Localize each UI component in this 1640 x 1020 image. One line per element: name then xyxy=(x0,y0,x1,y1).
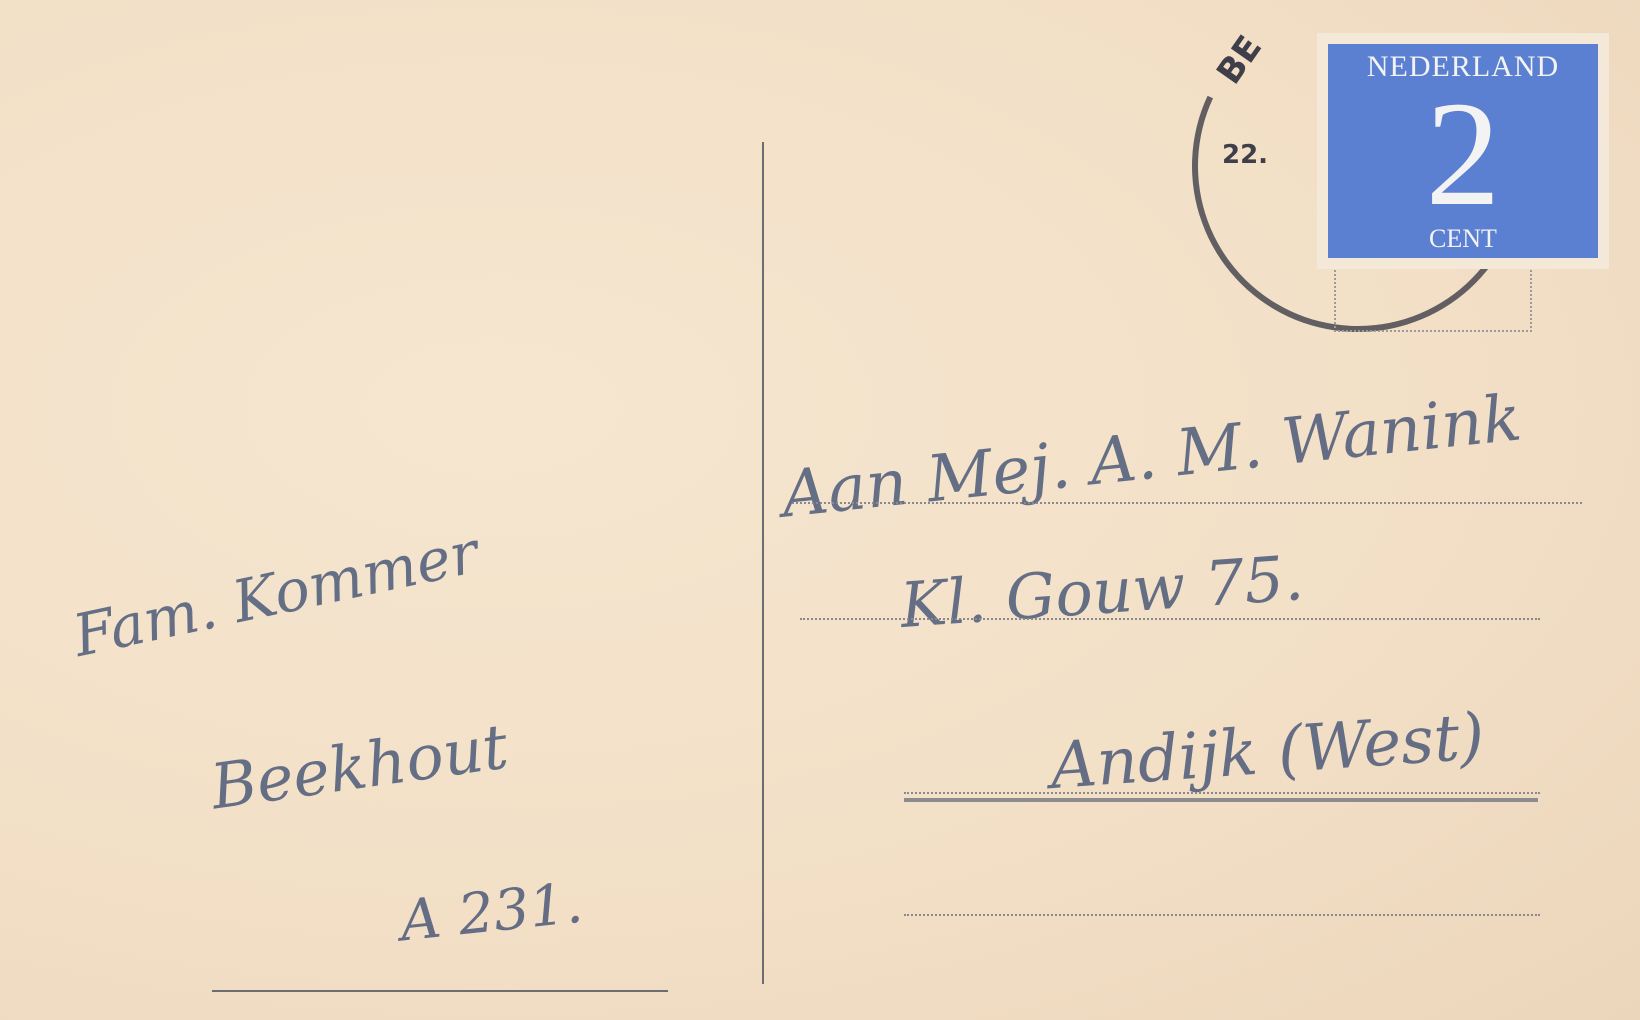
recipient-town: Andijk (West) xyxy=(1048,700,1487,804)
recipient-name: Aan Mej. A. M. Wanink xyxy=(778,381,1525,532)
stamp-placement-box xyxy=(1334,270,1532,332)
address-line-1 xyxy=(792,502,1582,504)
center-divider xyxy=(762,142,764,984)
postage-stamp: NEDERLAND 2 CENT xyxy=(1320,36,1606,266)
sender-underline xyxy=(212,990,668,992)
stamp-value: 2 xyxy=(1328,84,1598,224)
address-line-4 xyxy=(904,914,1540,916)
town-underline xyxy=(904,798,1538,802)
postcard-back: BE 22. NEDERLAND 2 CENT Fam. Kommer Beek… xyxy=(0,0,1640,1020)
recipient-street: Kl. Gouw 75. xyxy=(898,541,1306,642)
address-line-3 xyxy=(904,792,1540,794)
sender-name: Fam. Kommer xyxy=(67,518,484,670)
sender-town: Beekhout xyxy=(206,710,512,824)
stamp-denomination: CENT xyxy=(1328,224,1598,254)
sender-address: A 231. xyxy=(397,871,586,955)
postmark-date: 22. xyxy=(1222,140,1268,170)
address-line-2 xyxy=(800,618,1540,620)
